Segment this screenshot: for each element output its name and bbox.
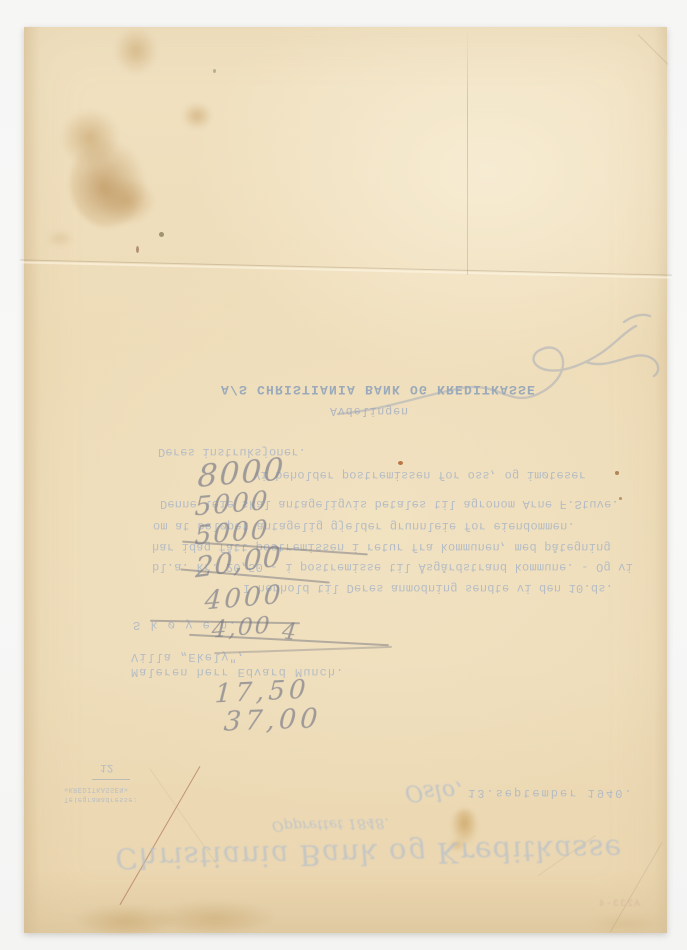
stain-bottom-right xyxy=(589,915,664,933)
catalog-mark: A233-4 xyxy=(598,899,640,910)
pencil-amount: 4000 xyxy=(204,580,284,617)
bleed-recipient-name: Maleren herr Edvard Munch. xyxy=(131,665,344,679)
bleed-date-text: 13.september 1940. xyxy=(468,786,634,800)
stain-faint-left xyxy=(46,230,74,247)
bleed-telegram-block: Telegramadresse: «KREDITKASSEN» xyxy=(64,784,138,804)
bleed-body-line: Vi beholder postremissen for oss, og imø… xyxy=(253,468,586,482)
bleed-telegram-name: «KREDITKASSEN» xyxy=(64,784,138,794)
crease-vertical-top xyxy=(467,27,468,275)
pencil-amount: 37,00 xyxy=(223,703,323,737)
bleed-date-place: Oslo, xyxy=(405,778,463,805)
bleed-telegram-label: Telegramadresse: xyxy=(64,794,138,804)
signature-squiggle xyxy=(324,292,674,432)
speck-dark-2 xyxy=(136,246,139,253)
stain-round-small xyxy=(182,103,212,129)
fold-crease-highlight xyxy=(20,261,672,278)
paper-sheet: A/S CHRISTIANIA BANK OG KREDITKASSE Avde… xyxy=(24,27,667,933)
speck-rust-right-a xyxy=(615,471,619,475)
stain-top-left-c xyxy=(98,177,156,225)
crease-corner-top-right xyxy=(638,34,668,64)
speck-rust-body xyxy=(398,461,403,465)
speck-green xyxy=(213,69,216,73)
stain-top-left-d xyxy=(114,27,158,75)
fold-crease-horizontal xyxy=(20,259,672,275)
speck-dark-1 xyxy=(159,232,164,237)
bleed-letterhead-sub: Opprettet 1848. xyxy=(272,814,389,833)
bleed-page-number: 12 xyxy=(100,761,114,773)
speck-rust-right-b xyxy=(619,497,622,500)
stain-bottom-edge-b xyxy=(154,901,274,931)
bleed-body-line: I henhold til Deres anmodning sendte vi … xyxy=(243,581,613,595)
scanned-letter-verso: { "document": { "kind": "Back side of a … xyxy=(0,0,687,950)
bleed-page-number-rule xyxy=(92,779,130,780)
